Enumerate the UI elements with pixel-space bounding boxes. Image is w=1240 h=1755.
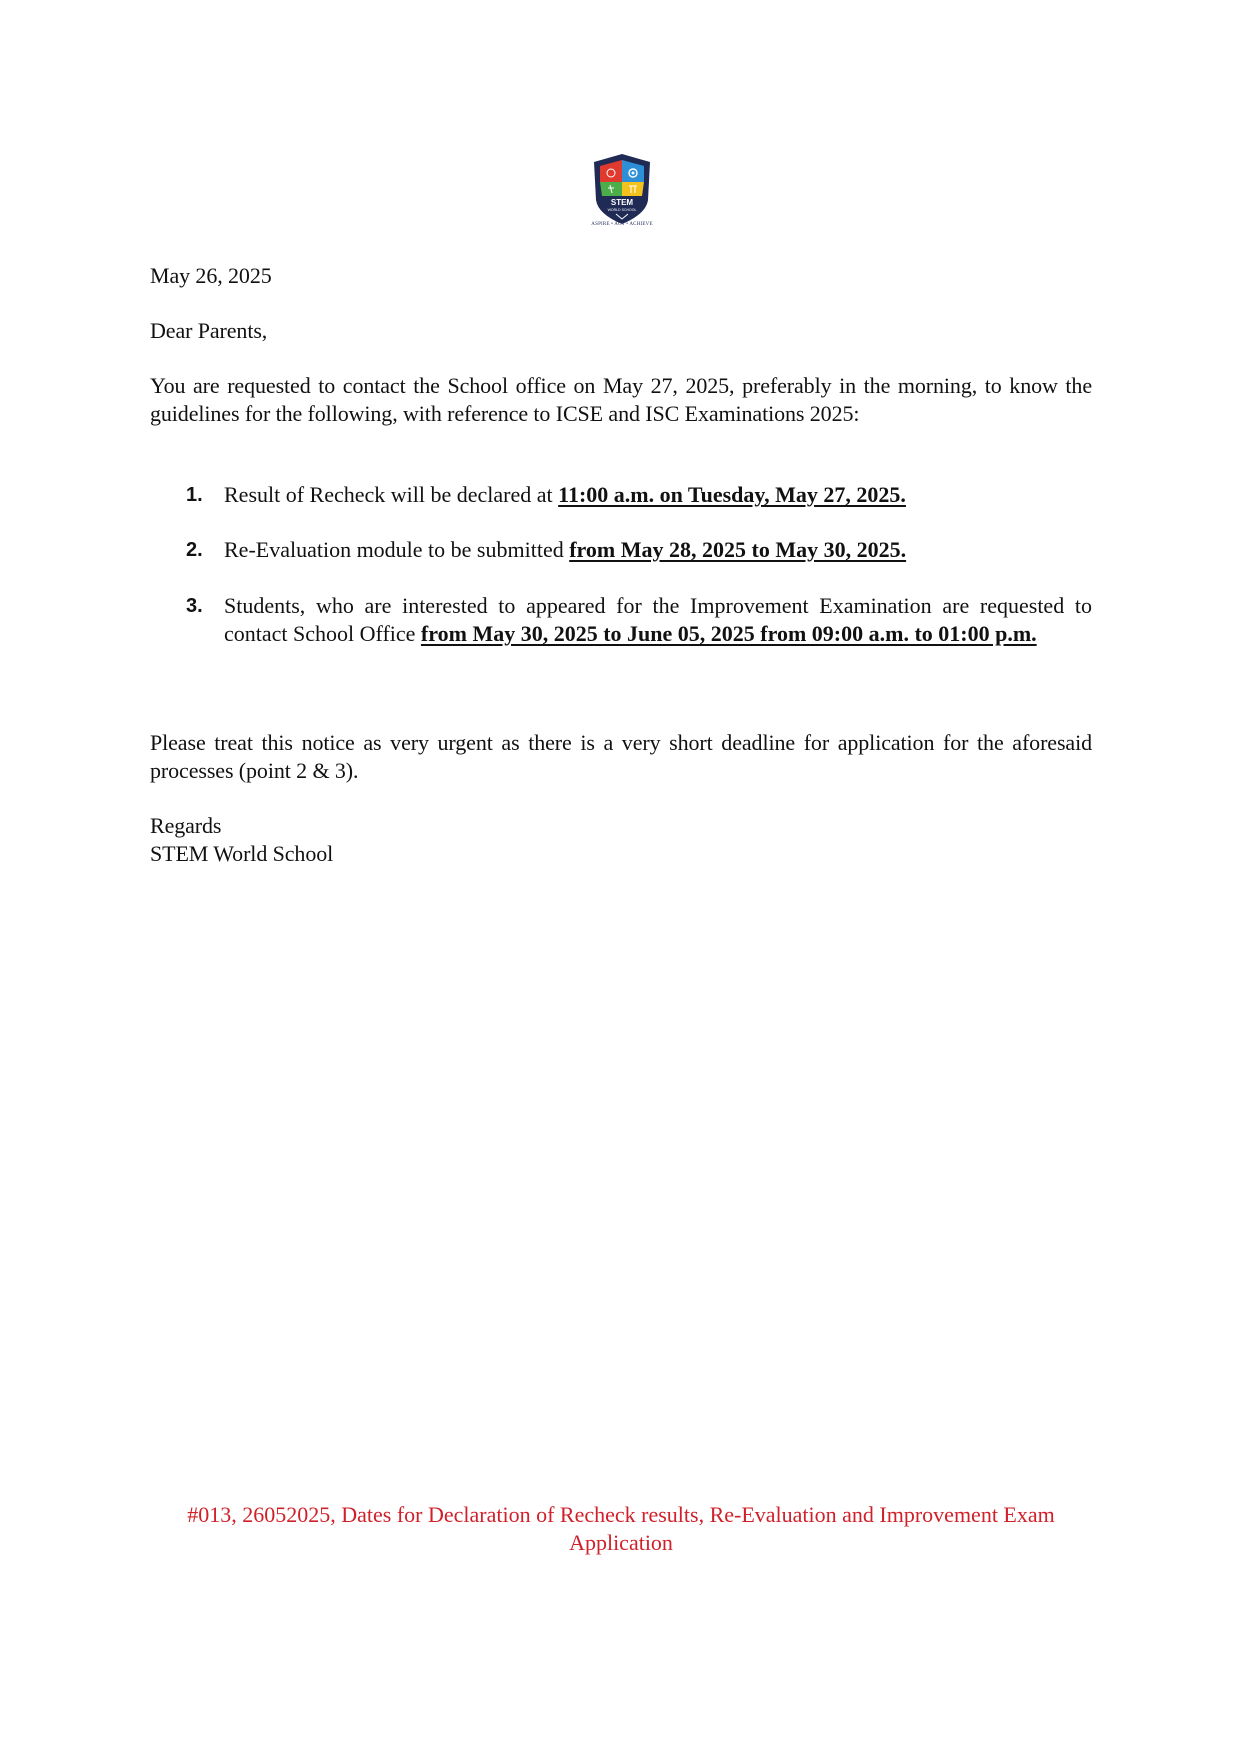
list-item-emphasis: from May 28, 2025 to May 30, 2025. xyxy=(569,537,906,562)
list-item-emphasis: 11:00 a.m. on Tuesday, May 27, 2025. xyxy=(558,482,906,507)
list-item-number: 1. xyxy=(186,481,224,509)
salutation: Dear Parents, xyxy=(150,317,1092,345)
list-item-number: 3. xyxy=(186,592,224,648)
list-item-body: Students, who are interested to appeared… xyxy=(224,592,1092,648)
list-item-body: Result of Recheck will be declared at 11… xyxy=(224,481,1092,509)
school-crest-logo-icon: STEM WORLD SCHOOL xyxy=(590,152,654,232)
letter-date: May 26, 2025 xyxy=(150,262,1092,290)
list-item-emphasis: from May 30, 2025 to June 05, 2025 from … xyxy=(421,621,1037,646)
list-item-text: Result of Recheck will be declared at xyxy=(224,482,558,507)
list-item-number: 2. xyxy=(186,536,224,564)
regards: Regards xyxy=(150,812,1092,840)
list-item: 1. Result of Recheck will be declared at… xyxy=(186,481,1092,509)
signature: STEM World School xyxy=(150,840,1092,868)
footer-reference: #013, 26052025, Dates for Declaration of… xyxy=(150,1501,1092,1557)
closing-paragraph: Please treat this notice as very urgent … xyxy=(150,729,1092,785)
list-item-text: Re-Evaluation module to be submitted xyxy=(224,537,569,562)
list-item: 3. Students, who are interested to appea… xyxy=(186,592,1092,648)
intro-paragraph: You are requested to contact the School … xyxy=(150,372,1092,428)
list-item: 2. Re-Evaluation module to be submitted … xyxy=(186,536,1092,564)
notice-page: STEM WORLD SCHOOL ASPIRE • ACT • ACHIEVE… xyxy=(0,0,1240,1755)
svg-text:WORLD SCHOOL: WORLD SCHOOL xyxy=(608,208,637,212)
list-item-body: Re-Evaluation module to be submitted fro… xyxy=(224,536,1092,564)
logo-tagline: ASPIRE • ACT • ACHIEVE xyxy=(586,222,658,227)
svg-text:STEM: STEM xyxy=(611,198,634,207)
